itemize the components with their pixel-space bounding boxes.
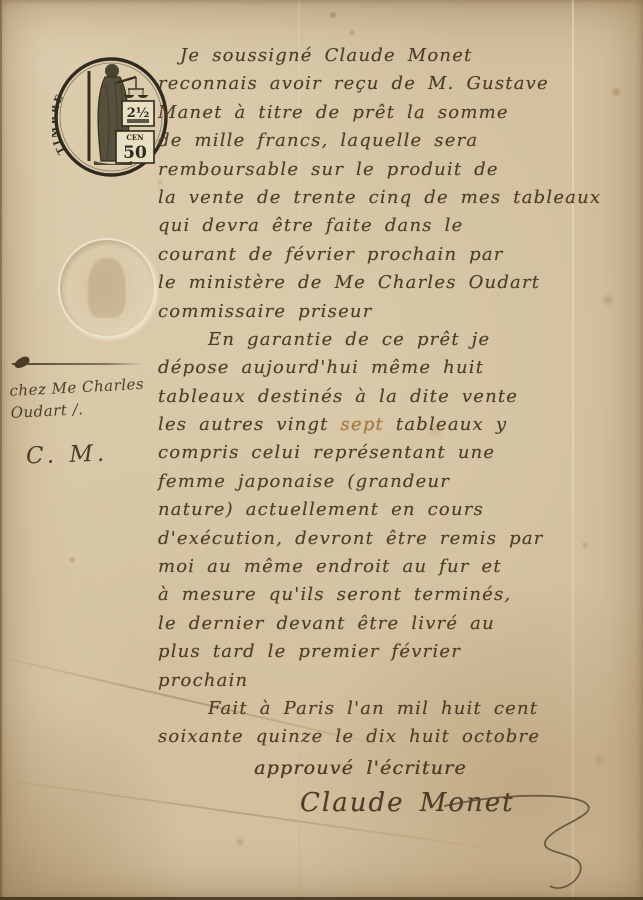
letter-lines: Je soussigné Claude Monetreconnais avoir… [158, 42, 638, 752]
handwritten-line: le ministère de Me Charles Oudart [158, 269, 638, 297]
handwritten-line: remboursable sur le produit de [158, 156, 638, 184]
handwritten-line: courant de février prochain par [158, 241, 638, 269]
handwritten-line: reconnais avoir reçu de M. Gustave [158, 70, 638, 98]
handwritten-line: de mille francs, laquelle sera [158, 127, 638, 155]
margin-ink-dash [12, 363, 144, 365]
handwritten-line: d'exécution, devront être remis par [158, 525, 638, 553]
handwritten-line: femme japonaise (grandeur [158, 468, 638, 496]
approval-line: approuvé l'écriture [158, 752, 638, 784]
handwritten-line: plus tard le premier février [158, 638, 638, 666]
margin-note: chez Me Charles Oudart /. [9, 372, 161, 424]
stamp-centimes-value: 50 [123, 143, 147, 163]
document-page: TIMBRE 2½ CEN 50 [0, 0, 643, 900]
handwritten-line: Fait à Paris l'an mil huit cent [158, 695, 638, 723]
justice-figure-stamp-icon: TIMBRE 2½ CEN 50 [52, 55, 170, 179]
handwritten-line: qui devra être faite dans le [158, 212, 638, 240]
handwritten-line: prochain [158, 667, 638, 695]
handwritten-line: à mesure qu'ils seront terminés, [158, 581, 638, 609]
overwritten-word: sept [341, 414, 384, 435]
embossed-blind-seal-icon [58, 238, 156, 338]
timbre-revenue-stamp: TIMBRE 2½ CEN 50 [52, 55, 170, 179]
handwritten-line: nature) actuellement en cours [158, 496, 638, 524]
handwritten-line: soixante quinze le dix huit octobre [158, 723, 638, 751]
margin-initials: C. M. [26, 441, 109, 470]
paper-edge [0, 0, 2, 900]
handwritten-line: Je soussigné Claude Monet [158, 42, 638, 70]
handwritten-line: moi au même endroit au fur et [158, 553, 638, 581]
handwritten-line: dépose aujourd'hui même huit [158, 354, 638, 382]
embossed-seal-figure [86, 256, 126, 318]
handwritten-line: compris celui représentant une [158, 439, 638, 467]
stamp-centimes-label: CEN [126, 133, 144, 142]
stamp-rate-value: 2½ [127, 106, 150, 121]
letter-body: Je soussigné Claude Monetreconnais avoir… [158, 42, 638, 822]
handwritten-line: Manet à titre de prêt la somme [158, 99, 638, 127]
signature-flourish-icon [438, 788, 623, 896]
handwritten-line: les autres vingt sept tableaux y [158, 411, 638, 439]
handwritten-line: En garantie de ce prêt je [158, 326, 638, 354]
handwritten-line: le dernier devant être livré au [158, 610, 638, 638]
handwritten-line: commissaire priseur [158, 298, 638, 326]
handwritten-line: tableaux destinés à la dite vente [158, 383, 638, 411]
handwritten-line: la vente de trente cinq de mes tableaux [158, 184, 638, 212]
